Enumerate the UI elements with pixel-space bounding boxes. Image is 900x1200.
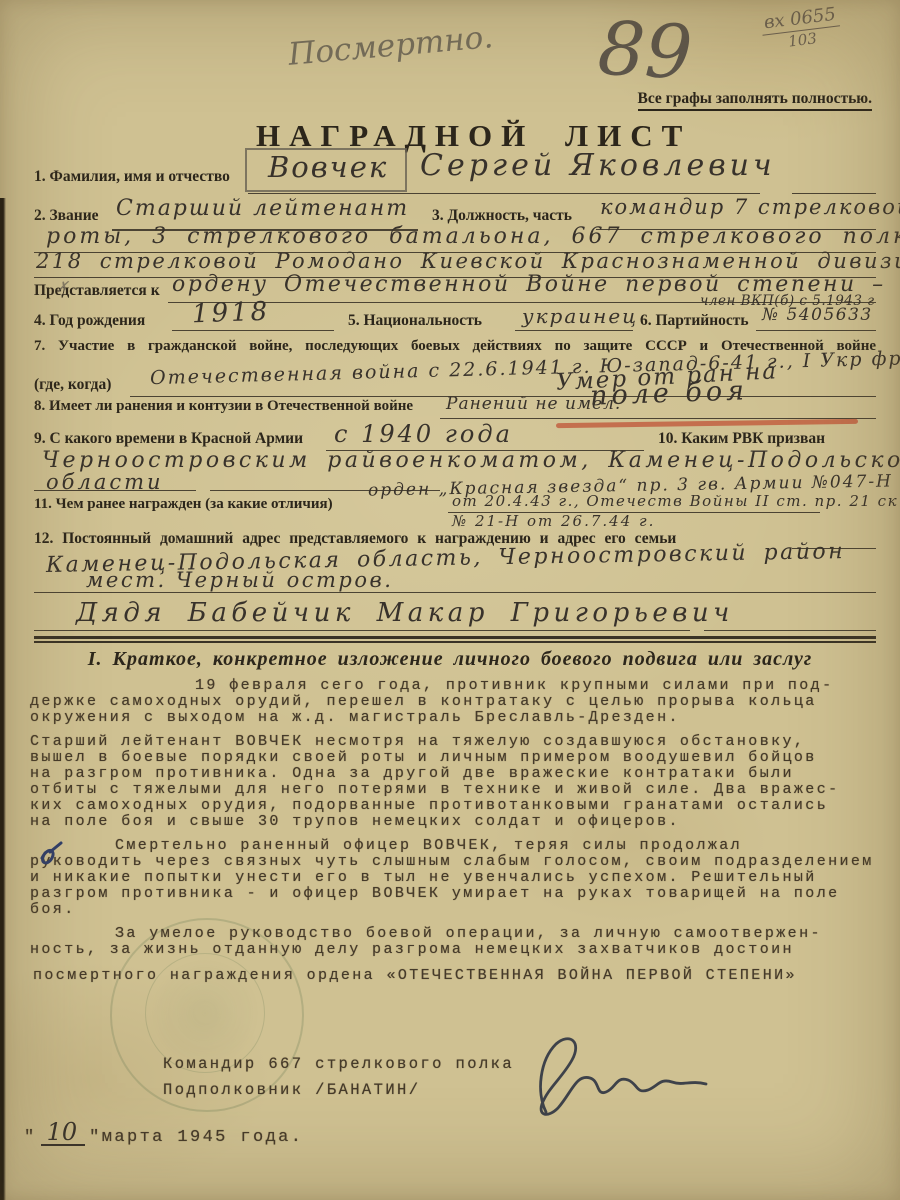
field8-label: 8. Имеет ли ранения и контузии в Отечест… bbox=[34, 398, 413, 415]
form-line bbox=[34, 490, 196, 491]
presented-to-label: Представляется к bbox=[34, 282, 160, 300]
field12-address-line2: мест. Черный остров. bbox=[86, 568, 393, 592]
posthumous-pencil-note: Посмертно. bbox=[287, 19, 495, 73]
form-line bbox=[515, 330, 633, 331]
field3-continuation-2: 218 стрелковой Ромодано Киевской Красноз… bbox=[36, 249, 900, 273]
form-line bbox=[756, 330, 876, 331]
section-divider-thin bbox=[34, 641, 876, 643]
field3-label: 3. Должность, часть bbox=[432, 207, 572, 225]
red-pencil-underline bbox=[556, 419, 858, 428]
typed-paragraph-2: Старший лейтенант ВОВЧЕК несмотря на тяж… bbox=[30, 734, 840, 830]
commander-title-line: Командир 667 стрелкового полка bbox=[163, 1052, 514, 1076]
field2-value: Старший лейтенант bbox=[116, 196, 409, 221]
field5-label: 5. Национальность bbox=[348, 312, 482, 330]
form-line bbox=[792, 193, 876, 194]
form-line bbox=[34, 592, 876, 593]
typed-paragraph-1: 19 февраля сего года, противник крупными… bbox=[30, 678, 833, 726]
field6-value: № 5405633 bbox=[762, 305, 873, 325]
date-rest-text: "марта 1945 года. bbox=[89, 1130, 303, 1146]
field5-value: украинец bbox=[522, 304, 638, 328]
field1-surname-value: Вовчек bbox=[268, 150, 388, 184]
field11-value-line2: от 20.4.43 г., Отечеств Войны II ст. пр.… bbox=[452, 492, 898, 510]
form-line bbox=[704, 630, 876, 631]
field10-label: 10. Каким РВК призван bbox=[658, 430, 825, 448]
field11-label: 11. Чем ранее награжден (за какие отличи… bbox=[34, 496, 333, 513]
field3-continuation-1: роты, 3 стрелкового батальона, 667 стрел… bbox=[46, 224, 900, 249]
date-day-value: 10 bbox=[41, 1120, 86, 1146]
field9-value: с 1940 года bbox=[334, 420, 513, 448]
handwritten-signature bbox=[500, 1030, 715, 1125]
typed-conclusion-line: посмертного награждения ордена «ОТЕЧЕСТВ… bbox=[33, 968, 797, 984]
typed-paragraph-4: За умелое руководство боевой операции, з… bbox=[30, 926, 822, 958]
field6-label: 6. Партийность bbox=[640, 312, 749, 330]
page-number-pencil: 89 bbox=[596, 6, 695, 97]
field11-value-line3: № 21-Н от 26.7.44 г. bbox=[452, 512, 655, 530]
field3-value: командир 7 стрелковой bbox=[600, 195, 900, 219]
form-line bbox=[172, 330, 334, 331]
section-divider-thick bbox=[34, 636, 876, 639]
commander-rank-line: Подполковник /БАНАТИН/ bbox=[163, 1078, 420, 1102]
pencil-cross-mark: ✗ bbox=[56, 278, 69, 296]
typed-paragraph-3: Смертельно раненный офицер ВОВЧЕК, теряя… bbox=[30, 838, 874, 918]
form-line bbox=[34, 630, 690, 631]
field4-label: 4. Год рождения bbox=[34, 312, 145, 330]
field10-value-line1: Черноостровским райвоенкоматом, Каменец-… bbox=[42, 448, 900, 473]
field1-name-value: Сергей Яковлевич bbox=[420, 148, 776, 183]
field8-note: поле боя bbox=[590, 375, 749, 411]
date-open-quote: " bbox=[24, 1130, 37, 1146]
registry-number: вх 0655 103 bbox=[760, 3, 843, 53]
field4-value: 1918 bbox=[192, 297, 271, 330]
blue-ink-mark bbox=[36, 838, 66, 866]
award-sheet-document: Посмертно. 89 вх 0655 103 Все графы запо… bbox=[0, 0, 900, 1200]
section-heading: I. Краткое, конкретное изложение личного… bbox=[0, 648, 900, 671]
field12-relative-line: Дядя Бабейчик Макар Григорьевич bbox=[76, 598, 734, 628]
field9-label: 9. С какого времени в Красной Армии bbox=[34, 430, 303, 448]
date-line: " 10 "марта 1945 года. bbox=[24, 1120, 303, 1146]
fill-all-fields-note: Все графы заполнять полностью. bbox=[638, 90, 872, 111]
form-line bbox=[248, 193, 760, 194]
field2-label: 2. Звание bbox=[34, 207, 99, 225]
field1-label: 1. Фамилия, имя и отчество bbox=[34, 168, 230, 186]
field7-sublabel: (где, когда) bbox=[34, 376, 111, 394]
scan-edge-shadow bbox=[0, 198, 6, 1200]
